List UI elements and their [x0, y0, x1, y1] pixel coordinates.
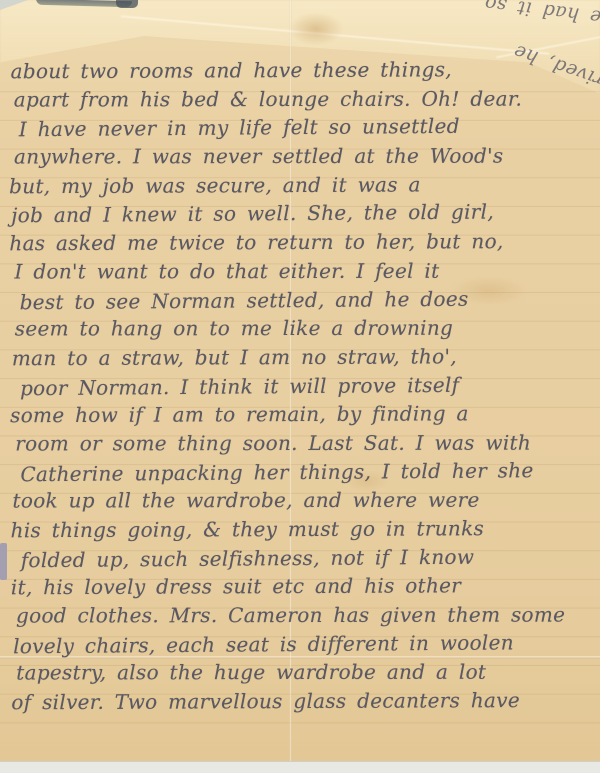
adjacent-page-edge [0, 543, 7, 580]
handwritten-line: seem to hang on to me like a drowning [15, 314, 596, 344]
handwritten-line: I have never in my life felt so unsettle… [19, 111, 595, 144]
handwritten-line: Catherine unpacking her things, I told h… [20, 455, 596, 488]
handwritten-line: tapestry, also the huge wardrobe and a l… [16, 658, 597, 688]
handwritten-line: man to a straw, but I am no straw, tho', [12, 342, 596, 373]
handwritten-line: lovely chairs, each seat is different in… [13, 627, 597, 660]
handwritten-line: of silver. Two marvellous glass decanter… [11, 686, 597, 717]
handwritten-line: I don't want to do that either. I feel i… [14, 256, 595, 286]
handwritten-line: apart from his bed & lounge chairs. Oh! … [14, 84, 595, 114]
handwritten-line: about two rooms and have these things, [11, 55, 595, 86]
handwritten-line: room or some thing soon. Last Sat. I was… [15, 428, 596, 458]
handwritten-line: but, my job was secure, and it was a [9, 169, 595, 200]
handwritten-line: best to see Norman settled, and he does [20, 283, 596, 316]
handwritten-line: job and I knew it so well. She, the old … [11, 197, 595, 230]
handwritten-line: it, his lovely dress suit etc and his ot… [11, 571, 597, 602]
handwritten-line: good clothes. Mrs. Cameron has given the… [16, 601, 597, 631]
handwritten-line: some how if I am to remain, by finding a [10, 399, 596, 430]
scanner-background-strip [0, 761, 600, 773]
letter-body: about two rooms and have these things, a… [9, 55, 598, 717]
handwritten-line: anywhere. I was never settled at the Woo… [14, 142, 595, 172]
handwritten-line: took up all the wardrobe, and where were [12, 486, 596, 516]
handwritten-line: his things going, & they must go in trun… [11, 514, 597, 545]
page-edge-tear [116, 0, 138, 8]
handwritten-line: folded up, such selfishness, not if I kn… [21, 541, 597, 574]
letter-page: he had it so arrived, he about two rooms… [0, 0, 600, 761]
handwritten-line: poor Norman. I think it will prove itsel… [20, 369, 596, 402]
handwritten-line: has asked me twice to return to her, but… [9, 227, 595, 258]
